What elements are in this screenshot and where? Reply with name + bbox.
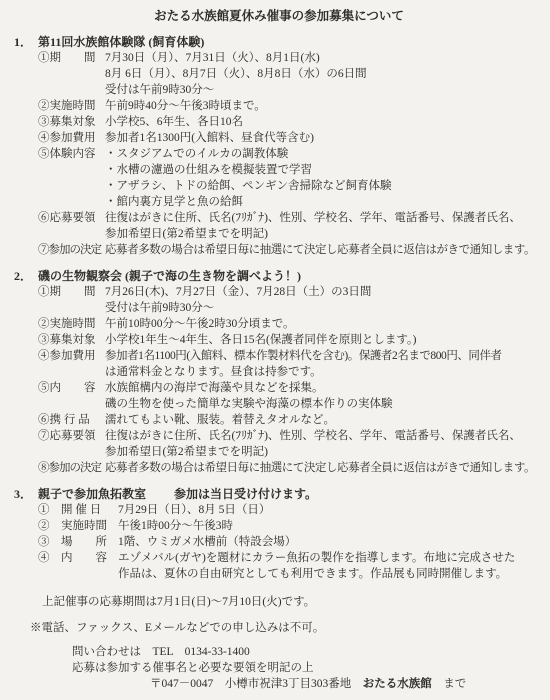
item-label: ①期 間 bbox=[38, 50, 105, 98]
application-instruction: 応募は参加する催事名と必要な要領を明記の上 bbox=[72, 660, 544, 676]
item-line: 応募者多数の場合は希望日毎に抽選にて決定し応募者全員に返信はがきで通知します。 bbox=[105, 460, 544, 476]
item-row: ⑦参加の決定 応募者多数の場合は希望日毎に抽選にて決定し応募者全員に返信はがきで… bbox=[38, 242, 544, 258]
item-content: 参加者1名1100円(入館料、標本作製材料代を含む)。保護者2名まで800円、同… bbox=[105, 348, 544, 380]
item-label: ③募集対象 bbox=[38, 332, 105, 348]
item-content: 水族館構内の海岸で海藻や貝などを採集。 磯の生物を使った簡単な実験や海藻の標本作… bbox=[105, 380, 544, 412]
postal-address: 〒047－0047 小樽市祝津3丁目303番地 bbox=[150, 678, 363, 690]
item-line: 水族館構内の海岸で海藻や貝などを採集。 bbox=[105, 380, 544, 396]
item-line: 午後1時00分～午後3時 bbox=[118, 518, 544, 534]
section-1-heading: 1． 第11回水族館体験隊 (飼育体験) bbox=[14, 34, 544, 50]
item-line: ・アザラシ、トドの給餌、ペンギン舎掃除など飼育体験 bbox=[105, 178, 544, 194]
item-content: 応募者多数の場合は希望日毎に抽選にて決定し応募者全員に返信はがきで通知します。 bbox=[105, 460, 544, 476]
item-label: ④参加費用 bbox=[38, 130, 105, 146]
item-line: 作品は、夏休の自由研究としても利用できます。作品展も同時開催します。 bbox=[118, 566, 544, 582]
section-3-number: 3． bbox=[14, 486, 38, 502]
item-line: 小学校1年生～4年生、各日15名(保護者同伴を原則とします。) bbox=[105, 332, 544, 348]
item-line: 8月 6日（月）、8月7日（火）、8月8日（水）の6日間 bbox=[105, 66, 544, 82]
item-row: ⑥携 行 品 濡れてもよい靴、服装。着替えタオルなど。 bbox=[38, 412, 544, 428]
item-content: ・スタジアムでのイルカの調教体験 ・水槽の濾過の仕組みを模擬装置で学習 ・アザラ… bbox=[105, 146, 544, 210]
mailing-address: 〒047－0047 小樽市祝津3丁目303番地 おたる水族館 まで bbox=[150, 676, 544, 692]
item-row: ①期 間 7月30日（月）、7月31日（火）、8月1日(水) 8月 6日（月）、… bbox=[38, 50, 544, 98]
section-1: 1． 第11回水族館体験隊 (飼育体験) ①期 間 7月30日（月）、7月31日… bbox=[14, 34, 544, 258]
item-line: 往復はがきに住所、氏名(ﾌﾘｶﾞﾅ)、性別、学校名、学年、電話番号、保護者氏名、 bbox=[105, 210, 544, 226]
aquarium-name: おたる水族館 bbox=[363, 678, 432, 690]
item-line: ・スタジアムでのイルカの調教体験 bbox=[105, 146, 544, 162]
item-row: ⑤体験内容 ・スタジアムでのイルカの調教体験 ・水槽の濾過の仕組みを模擬装置で学… bbox=[38, 146, 544, 210]
item-content: 小学校1年生～4年生、各日15名(保護者同伴を原則とします。) bbox=[105, 332, 544, 348]
item-content: 7月30日（月）、7月31日（火）、8月1日(水) 8月 6日（月）、8月7日（… bbox=[105, 50, 544, 98]
item-row: ①期 間 7月26日(木)、7月27日（金）、7月28日（土）の3日間 受付は午… bbox=[38, 284, 544, 316]
item-line: ・水槽の濾過の仕組みを模擬装置で学習 bbox=[105, 162, 544, 178]
address-suffix: まで bbox=[432, 678, 467, 690]
item-line: 参加希望日(第2希望までを明記) bbox=[105, 444, 544, 460]
item-row: ③募集対象 小学校1年生～4年生、各日15名(保護者同伴を原則とします。) bbox=[38, 332, 544, 348]
item-line: 受付は午前9時30分～ bbox=[105, 300, 544, 316]
item-label: ④ 内 容 bbox=[38, 550, 118, 582]
item-content: 応募者多数の場合は希望日毎に抽選にて決定し応募者全員に返信はがきで通知します。 bbox=[105, 242, 544, 258]
item-line: ・館内裏方見学と魚の給餌 bbox=[105, 194, 544, 210]
scanned-notice-document: おたる水族館夏休み催事の参加募集について 1． 第11回水族館体験隊 (飼育体験… bbox=[0, 0, 550, 700]
section-2: 2． 磯の生物観察会 (親子で海の生き物を調べよう！) ①期 間 7月26日(木… bbox=[14, 268, 544, 476]
item-line: 受付は午前9時30分～ bbox=[105, 82, 544, 98]
item-line: 1階、ウミガメ水槽前（特設会場） bbox=[118, 534, 544, 550]
item-line: 小学校5、6年生、各日10名 bbox=[105, 114, 544, 130]
item-row: ④参加費用 参加者1名1100円(入館料、標本作製材料代を含む)。保護者2名まで… bbox=[38, 348, 544, 380]
item-label: ①期 間 bbox=[38, 284, 105, 316]
item-content: 参加者1名1300円(入館料、昼食代等含む) bbox=[105, 130, 544, 146]
item-line: 午前10時00分～午後2時30分頃まで。 bbox=[105, 316, 544, 332]
item-line: 参加希望日(第2希望までを明記) bbox=[105, 226, 544, 242]
item-label: ③募集対象 bbox=[38, 114, 105, 130]
section-2-number: 2． bbox=[14, 268, 38, 284]
item-content: 往復はがきに住所、氏名(ﾌﾘｶﾞﾅ)、性別、学校名、学年、電話番号、保護者氏名、… bbox=[105, 428, 544, 460]
item-row: ⑦応募要領 往復はがきに住所、氏名(ﾌﾘｶﾞﾅ)、性別、学校名、学年、電話番号、… bbox=[38, 428, 544, 460]
item-line: 7月30日（月）、7月31日（火）、8月1日(水) bbox=[105, 50, 544, 66]
item-label: ⑥携 行 品 bbox=[38, 412, 105, 428]
item-content: 午前10時00分～午後2時30分頃まで。 bbox=[105, 316, 544, 332]
item-line: 磯の生物を使った簡単な実験や海藻の標本作りの実体験 bbox=[105, 396, 544, 412]
item-label: ②実施時間 bbox=[38, 98, 105, 114]
application-period: 上記催事の応募期間は7月1日(日)～7月10日(火)です。 bbox=[42, 594, 544, 610]
item-row: ②実施時間 午前10時00分～午後2時30分頃まで。 bbox=[38, 316, 544, 332]
item-content: 1階、ウミガメ水槽前（特設会場） bbox=[118, 534, 544, 550]
item-row: ③ 場 所 1階、ウミガメ水槽前（特設会場） bbox=[38, 534, 544, 550]
item-row: ① 開 催 日 7月29日（日）、8月 5日（日） bbox=[38, 502, 544, 518]
item-row: ②実施時間 午前9時40分～午後3時頃まで。 bbox=[38, 98, 544, 114]
item-row: ④参加費用 参加者1名1300円(入館料、昼食代等含む) bbox=[38, 130, 544, 146]
item-label: ③ 場 所 bbox=[38, 534, 118, 550]
item-label: ⑦応募要領 bbox=[38, 428, 105, 460]
section-2-heading: 2． 磯の生物観察会 (親子で海の生き物を調べよう！) bbox=[14, 268, 544, 284]
item-line: 参加者1名1100円(入館料、標本作製材料代を含む)。保護者2名まで800円、同… bbox=[105, 348, 544, 364]
item-label: ⑥応募要領 bbox=[38, 210, 105, 242]
item-row: ⑤内 容 水族館構内の海岸で海藻や貝などを採集。 磯の生物を使った簡単な実験や海… bbox=[38, 380, 544, 412]
item-line: 往復はがきに住所、氏名(ﾌﾘｶﾞﾅ)、性別、学校名、学年、電話番号、保護者氏名、 bbox=[105, 428, 544, 444]
section-3-title: 親子で参加魚拓教室 bbox=[38, 486, 146, 502]
document-title: おたる水族館夏休み催事の参加募集について bbox=[14, 8, 544, 24]
section-1-title: 第11回水族館体験隊 (飼育体験) bbox=[38, 34, 204, 50]
item-line: 濡れてもよい靴、服装。着替えタオルなど。 bbox=[105, 412, 544, 428]
item-row: ② 実施時間 午後1時00分～午後3時 bbox=[38, 518, 544, 534]
item-line: は通常料金となります。昼食は持参です。 bbox=[105, 364, 544, 380]
item-content: 往復はがきに住所、氏名(ﾌﾘｶﾞﾅ)、性別、学校名、学年、電話番号、保護者氏名、… bbox=[105, 210, 544, 242]
item-content: 濡れてもよい靴、服装。着替えタオルなど。 bbox=[105, 412, 544, 428]
item-content: 午後1時00分～午後3時 bbox=[118, 518, 544, 534]
item-label: ⑧参加の決定 bbox=[38, 460, 105, 476]
section-3-heading: 3． 親子で参加魚拓教室 参加は当日受け付けます。 bbox=[14, 486, 544, 502]
item-line: 7月29日（日）、8月 5日（日） bbox=[118, 502, 544, 518]
item-row: ⑥応募要領 往復はがきに住所、氏名(ﾌﾘｶﾞﾅ)、性別、学校名、学年、電話番号、… bbox=[38, 210, 544, 242]
section-3: 3． 親子で参加魚拓教室 参加は当日受け付けます。 ① 開 催 日 7月29日（… bbox=[14, 486, 544, 582]
item-content: 7月26日(木)、7月27日（金）、7月28日（土）の3日間 受付は午前9時30… bbox=[105, 284, 544, 316]
contact-phone-line: 問い合わせは TEL 0134-33-1400 bbox=[72, 644, 544, 660]
item-label: ⑤体験内容 bbox=[38, 146, 105, 210]
item-line: エゾメバル(ガヤ)を題材にカラー魚拓の製作を指導します。布地に完成させた bbox=[118, 550, 544, 566]
item-label: ⑦参加の決定 bbox=[38, 242, 105, 258]
item-content: エゾメバル(ガヤ)を題材にカラー魚拓の製作を指導します。布地に完成させた 作品は… bbox=[118, 550, 544, 582]
item-row: ⑧参加の決定 応募者多数の場合は希望日毎に抽選にて決定し応募者全員に返信はがきで… bbox=[38, 460, 544, 476]
item-label: ②実施時間 bbox=[38, 316, 105, 332]
item-label: ④参加費用 bbox=[38, 348, 105, 380]
section-2-title: 磯の生物観察会 (親子で海の生き物を調べよう！) bbox=[38, 268, 301, 284]
item-label: ② 実施時間 bbox=[38, 518, 118, 534]
item-content: 7月29日（日）、8月 5日（日） bbox=[118, 502, 544, 518]
item-label: ⑤内 容 bbox=[38, 380, 105, 412]
item-line: 応募者多数の場合は希望日毎に抽選にて決定し応募者全員に返信はがきで通知します。 bbox=[105, 242, 544, 258]
item-label: ① 開 催 日 bbox=[38, 502, 118, 518]
application-restriction-note: ※電話、ファックス、Eメールなどでの申し込みは不可。 bbox=[30, 620, 544, 636]
item-row: ③募集対象 小学校5、6年生、各日10名 bbox=[38, 114, 544, 130]
section-3-subtitle: 参加は当日受け付けます。 bbox=[174, 486, 317, 502]
item-line: 午前9時40分～午後3時頃まで。 bbox=[105, 98, 544, 114]
item-row: ④ 内 容 エゾメバル(ガヤ)を題材にカラー魚拓の製作を指導します。布地に完成さ… bbox=[38, 550, 544, 582]
item-content: 午前9時40分～午後3時頃まで。 bbox=[105, 98, 544, 114]
item-content: 小学校5、6年生、各日10名 bbox=[105, 114, 544, 130]
section-1-number: 1． bbox=[14, 34, 38, 50]
item-line: 7月26日(木)、7月27日（金）、7月28日（土）の3日間 bbox=[105, 284, 544, 300]
item-line: 参加者1名1300円(入館料、昼食代等含む) bbox=[105, 130, 544, 146]
